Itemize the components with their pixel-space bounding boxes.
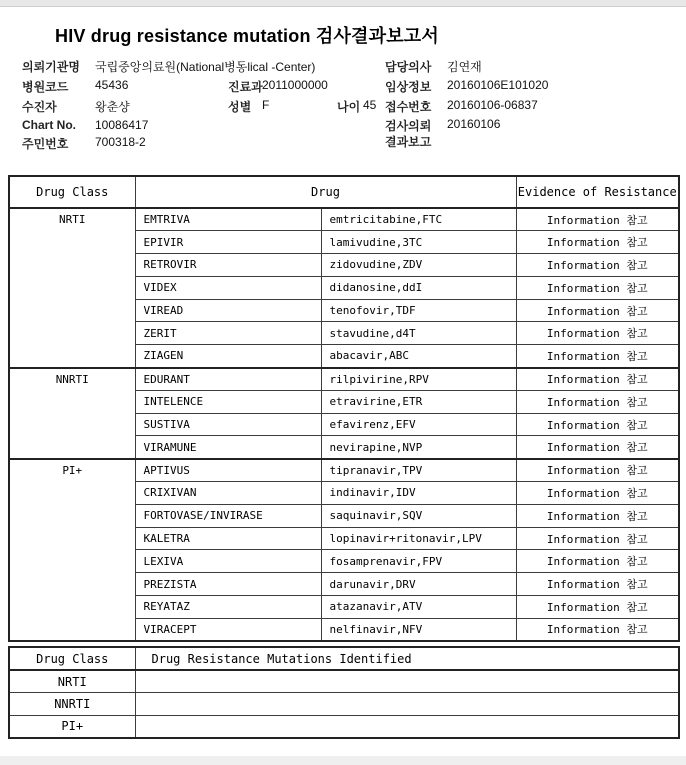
- field-sex-label: 성별: [228, 98, 251, 115]
- field-referring-institution-value: 국립중앙의료원(National병동lical -Center): [95, 58, 315, 75]
- drug-generic-cell: emtricitabine,FTC: [321, 208, 516, 231]
- evidence-cell: Information 참고: [516, 482, 679, 505]
- drug-brand-cell: CRIXIVAN: [135, 482, 321, 505]
- evidence-cell: Information 참고: [516, 504, 679, 527]
- evidence-cell: Information 참고: [516, 550, 679, 573]
- field-attending-doctor-label: 담당의사: [385, 58, 431, 75]
- evidence-cell: Information 참고: [516, 231, 679, 254]
- drug-brand-cell: FORTOVASE/INVIRASE: [135, 504, 321, 527]
- drug-brand-cell: VIREAD: [135, 299, 321, 322]
- drug-brand-cell: APTIVUS: [135, 459, 321, 482]
- evidence-cell: Information 참고: [516, 208, 679, 231]
- evidence-cell: Information 참고: [516, 527, 679, 550]
- field-referring-institution-label: 의뢰기관명: [22, 58, 80, 75]
- evidence-cell: Information 참고: [516, 345, 679, 368]
- drug-generic-cell: abacavir,ABC: [321, 345, 516, 368]
- drug-brand-cell: REYATAZ: [135, 596, 321, 619]
- drug-brand-cell: ZERIT: [135, 322, 321, 345]
- drug-brand-cell: INTELENCE: [135, 390, 321, 413]
- field-test-request-date-value: 20160106: [447, 117, 500, 131]
- field-clinical-info-label: 임상정보: [385, 78, 431, 95]
- col-header-drug-class: Drug Class: [9, 176, 135, 208]
- drug-brand-cell: RETROVIR: [135, 254, 321, 277]
- drug-generic-cell: saquinavir,SQV: [321, 504, 516, 527]
- field-resident-id-label: 주민번호: [22, 135, 68, 152]
- field-sex-value: F: [262, 98, 269, 112]
- mutations-cell: [135, 670, 679, 693]
- report-page: HIV drug resistance mutation 검사결과보고서 의뢰기…: [0, 0, 686, 765]
- col-header-drug: Drug: [135, 176, 516, 208]
- drug-generic-cell: stavudine,d4T: [321, 322, 516, 345]
- drug-generic-cell: lopinavir+ritonavir,LPV: [321, 527, 516, 550]
- patient-info-block: 의뢰기관명국립중앙의료원(National병동lical -Center)병원코…: [0, 0, 686, 172]
- drug-brand-cell: VIDEX: [135, 276, 321, 299]
- field-chart-no-label: Chart No.: [22, 118, 76, 132]
- field-hospital-code-value: 45436: [95, 78, 128, 92]
- drug-generic-cell: efavirenz,EFV: [321, 413, 516, 436]
- evidence-cell: Information 참고: [516, 276, 679, 299]
- mutations-table-header-row: Drug Class Drug Resistance Mutations Ide…: [9, 647, 679, 670]
- evidence-cell: Information 참고: [516, 368, 679, 391]
- drug-generic-cell: tipranavir,TPV: [321, 459, 516, 482]
- evidence-cell: Information 참고: [516, 390, 679, 413]
- drug-generic-cell: zidovudine,ZDV: [321, 254, 516, 277]
- field-patient-name-value: 왕춘샹: [95, 98, 130, 115]
- field-resident-id-value: 700318-2: [95, 135, 146, 149]
- drug-brand-cell: ZIAGEN: [135, 345, 321, 368]
- evidence-cell: Information 참고: [516, 322, 679, 345]
- drug-class-cell: PI+: [9, 459, 135, 641]
- field-receipt-no-label: 접수번호: [385, 98, 431, 115]
- window-bottom-strip: [0, 756, 686, 765]
- drug-class-cell: NNRTI: [9, 368, 135, 459]
- drug-generic-cell: lamivudine,3TC: [321, 231, 516, 254]
- drug-generic-cell: rilpivirine,RPV: [321, 368, 516, 391]
- drug-class-cell: NRTI: [9, 670, 135, 693]
- field-clinical-info-value: 20160106E101020: [447, 78, 548, 92]
- field-department-value: 2011000000: [262, 78, 328, 92]
- drug-class-cell: NNRTI: [9, 693, 135, 716]
- mutations-table: Drug Class Drug Resistance Mutations Ide…: [8, 646, 680, 739]
- drug-brand-cell: EPIVIR: [135, 231, 321, 254]
- drug-class-cell: PI+: [9, 715, 135, 738]
- mutation-row: NNRTI: [9, 693, 679, 716]
- resistance-table-header-row: Drug Class Drug Evidence of Resistance: [9, 176, 679, 208]
- drug-resistance-table: Drug Class Drug Evidence of Resistance N…: [8, 175, 680, 642]
- drug-generic-cell: indinavir,IDV: [321, 482, 516, 505]
- col-header-drug-class: Drug Class: [9, 647, 135, 670]
- mutations-cell: [135, 715, 679, 738]
- field-age-label: 나이: [337, 98, 360, 115]
- evidence-cell: Information 참고: [516, 413, 679, 436]
- drug-brand-cell: VIRACEPT: [135, 618, 321, 641]
- drug-row: PI+APTIVUStipranavir,TPVInformation 참고: [9, 459, 679, 482]
- field-receipt-no-value: 20160106-06837: [447, 98, 538, 112]
- evidence-cell: Information 참고: [516, 299, 679, 322]
- drug-row: NRTIEMTRIVAemtricitabine,FTCInformation …: [9, 208, 679, 231]
- evidence-cell: Information 참고: [516, 459, 679, 482]
- drug-brand-cell: VIRAMUNE: [135, 436, 321, 459]
- drug-generic-cell: tenofovir,TDF: [321, 299, 516, 322]
- evidence-cell: Information 참고: [516, 254, 679, 277]
- drug-generic-cell: didanosine,ddI: [321, 276, 516, 299]
- drug-brand-cell: EDURANT: [135, 368, 321, 391]
- col-header-mutations: Drug Resistance Mutations Identified: [135, 647, 679, 670]
- evidence-cell: Information 참고: [516, 436, 679, 459]
- evidence-cell: Information 참고: [516, 573, 679, 596]
- drug-generic-cell: atazanavir,ATV: [321, 596, 516, 619]
- mutation-row: NRTI: [9, 670, 679, 693]
- drug-generic-cell: fosamprenavir,FPV: [321, 550, 516, 573]
- drug-generic-cell: nelfinavir,NFV: [321, 618, 516, 641]
- field-attending-doctor-value: 김연재: [447, 58, 482, 75]
- drug-brand-cell: PREZISTA: [135, 573, 321, 596]
- field-patient-name-label: 수진자: [22, 98, 57, 115]
- drug-brand-cell: EMTRIVA: [135, 208, 321, 231]
- field-chart-no-value: 10086417: [95, 118, 148, 132]
- field-department-label: 진료과: [228, 78, 263, 95]
- field-result-report-date-label: 결과보고: [385, 133, 431, 150]
- drug-generic-cell: darunavir,DRV: [321, 573, 516, 596]
- mutation-row: PI+: [9, 715, 679, 738]
- evidence-cell: Information 참고: [516, 618, 679, 641]
- drug-brand-cell: LEXIVA: [135, 550, 321, 573]
- mutations-cell: [135, 693, 679, 716]
- drug-class-cell: NRTI: [9, 208, 135, 368]
- drug-generic-cell: nevirapine,NVP: [321, 436, 516, 459]
- drug-brand-cell: KALETRA: [135, 527, 321, 550]
- col-header-evidence: Evidence of Resistance: [516, 176, 679, 208]
- drug-row: NNRTIEDURANTrilpivirine,RPVInformation 참…: [9, 368, 679, 391]
- evidence-cell: Information 참고: [516, 596, 679, 619]
- field-age-value: 45: [363, 98, 376, 112]
- field-hospital-code-label: 병원코드: [22, 78, 68, 95]
- field-test-request-date-label: 검사의뢰: [385, 117, 431, 134]
- drug-generic-cell: etravirine,ETR: [321, 390, 516, 413]
- drug-brand-cell: SUSTIVA: [135, 413, 321, 436]
